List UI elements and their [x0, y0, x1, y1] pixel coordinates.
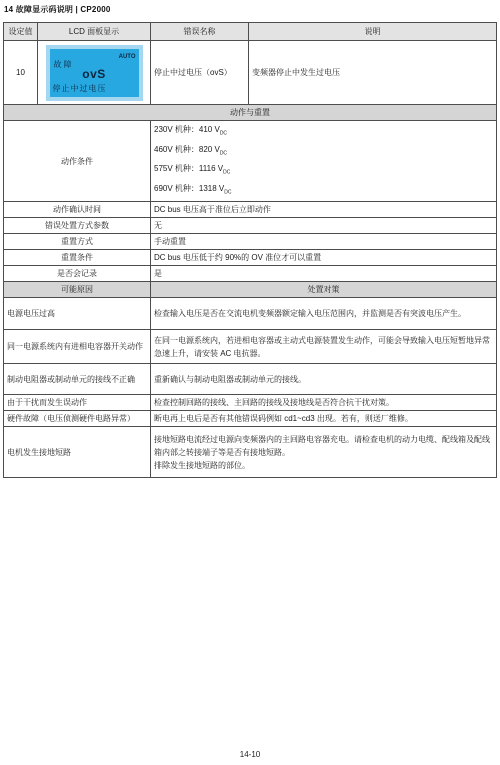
cause-text: 电源电压过高: [4, 298, 151, 330]
col-header-error-name: 错误名称: [151, 23, 249, 41]
cause-text: 制动电阻器或制动单元的接线不正确: [4, 364, 151, 395]
table-row: 重置条件 DC bus 电压低于约 90%的 OV 准位才可以重置: [4, 250, 497, 266]
table-row: 重置方式 手动重置: [4, 234, 497, 250]
corrective-action-text: 在同一电源系统内，若进相电容器或主动式电源装置发生动作，可能会导致输入电压短暂地…: [151, 330, 497, 364]
row-value: DC bus 电压低于约 90%的 OV 准位才可以重置: [151, 250, 497, 266]
table-row: 由于干扰而发生误动作 检查控制回路的接线、主回路的接线及接地线是否符合抗干扰对策…: [4, 395, 497, 411]
lcd-fault-code: ovS: [50, 68, 139, 81]
error-name-value: 停止中过电压（ovS）: [151, 41, 249, 105]
action-condition-values: 230V 机种：410 VDC 460V 机种：820 VDC 575V 机种：…: [151, 121, 497, 202]
table-row: 电机发生接地短路 接地短路电流经过电源向变频器内的主回路电容器充电。请检查电机的…: [4, 427, 497, 478]
section-band-row: 可能原因 处置对策: [4, 282, 497, 298]
col-header-setting-value: 设定值: [4, 23, 38, 41]
table-row: 动作确认时间 DC bus 电压高于准位后立即动作: [4, 202, 497, 218]
cause-text: 电机发生接地短路: [4, 427, 151, 478]
condition-line: 575V 机种：1116 VDC: [154, 161, 493, 181]
corrective-action-text: 检查输入电压是否在交流电机变频器额定输入电压范围内，并监测是否有突波电压产生。: [151, 298, 497, 330]
row-label: 重置方式: [4, 234, 151, 250]
section-band-row: 动作与重置: [4, 105, 497, 121]
cause-text: 由于干扰而发生误动作: [4, 395, 151, 411]
lcd-screen: AUTO 故障 ovS 停止中过电压: [50, 49, 139, 97]
corrective-action-text: 重新确认与制动电阻器或制动单元的接线。: [151, 364, 497, 395]
table-row: 硬件故障（电压侦测硬件电路异常） 断电再上电后是否有其他错误码例如 cd1~cd…: [4, 411, 497, 427]
row-value: 无: [151, 218, 497, 234]
action-section-header: 处置对策: [151, 282, 497, 298]
row-value: DC bus 电压高于准位后立即动作: [151, 202, 497, 218]
corrective-action-text: 接地短路电流经过电源向变频器内的主回路电容器充电。请检查电机的动力电缆、配线箱及…: [151, 427, 497, 478]
fault-row: 10 AUTO 故障 ovS 停止中过电压 停止中过电压（ovS） 变频器停止中…: [4, 41, 497, 105]
row-label: 动作确认时间: [4, 202, 151, 218]
page-number: 14-10: [0, 750, 500, 759]
condition-line: 690V 机种：1318 VDC: [154, 181, 493, 201]
action-reset-section-title: 动作与重置: [4, 105, 497, 121]
corrective-action-text: 断电再上电后是否有其他错误码例如 cd1~cd3 出现。若有，则送厂维修。: [151, 411, 497, 427]
row-label: 错误处置方式参数: [4, 218, 151, 234]
row-label: 是否会记录: [4, 266, 151, 282]
table-row: 动作条件 230V 机种：410 VDC 460V 机种：820 VDC 575…: [4, 121, 497, 202]
cause-text: 硬件故障（电压侦测硬件电路异常）: [4, 411, 151, 427]
fault-code-value: 10: [4, 41, 38, 105]
col-header-lcd-display: LCD 面板显示: [38, 23, 151, 41]
condition-line: 230V 机种：410 VDC: [154, 122, 493, 142]
lcd-panel: AUTO 故障 ovS 停止中过电压: [46, 45, 143, 101]
table-row: 制动电阻器或制动单元的接线不正确 重新确认与制动电阻器或制动单元的接线。: [4, 364, 497, 395]
action-condition-label: 动作条件: [4, 121, 151, 202]
table-row: 同一电源系统内有进相电容器开关动作 在同一电源系统内，若进相电容器或主动式电源装…: [4, 330, 497, 364]
table-row: 电源电压过高 检查输入电压是否在交流电机变频器额定输入电压范围内，并监测是否有突…: [4, 298, 497, 330]
col-header-description: 说明: [249, 23, 497, 41]
row-value: 是: [151, 266, 497, 282]
table-header-row: 设定值 LCD 面板显示 错误名称 说明: [4, 23, 497, 41]
table-row: 是否会记录 是: [4, 266, 497, 282]
page-title: 14 故障显示码说明 | CP2000: [4, 4, 111, 15]
lcd-auto-indicator: AUTO: [119, 51, 136, 64]
condition-line: 460V 机种：820 VDC: [154, 142, 493, 162]
row-label: 重置条件: [4, 250, 151, 266]
table-row: 错误处置方式参数 无: [4, 218, 497, 234]
fault-code-table: 设定值 LCD 面板显示 错误名称 说明 10 AUTO 故障 ovS 停止中过…: [3, 22, 497, 478]
row-value: 手动重置: [151, 234, 497, 250]
cause-text: 同一电源系统内有进相电容器开关动作: [4, 330, 151, 364]
corrective-action-text: 检查控制回路的接线、主回路的接线及接地线是否符合抗干扰对策。: [151, 395, 497, 411]
lcd-panel-cell: AUTO 故障 ovS 停止中过电压: [38, 41, 151, 105]
cause-section-header: 可能原因: [4, 282, 151, 298]
description-value: 变频器停止中发生过电压: [249, 41, 497, 105]
lcd-status-text: 停止中过电压: [53, 82, 107, 95]
